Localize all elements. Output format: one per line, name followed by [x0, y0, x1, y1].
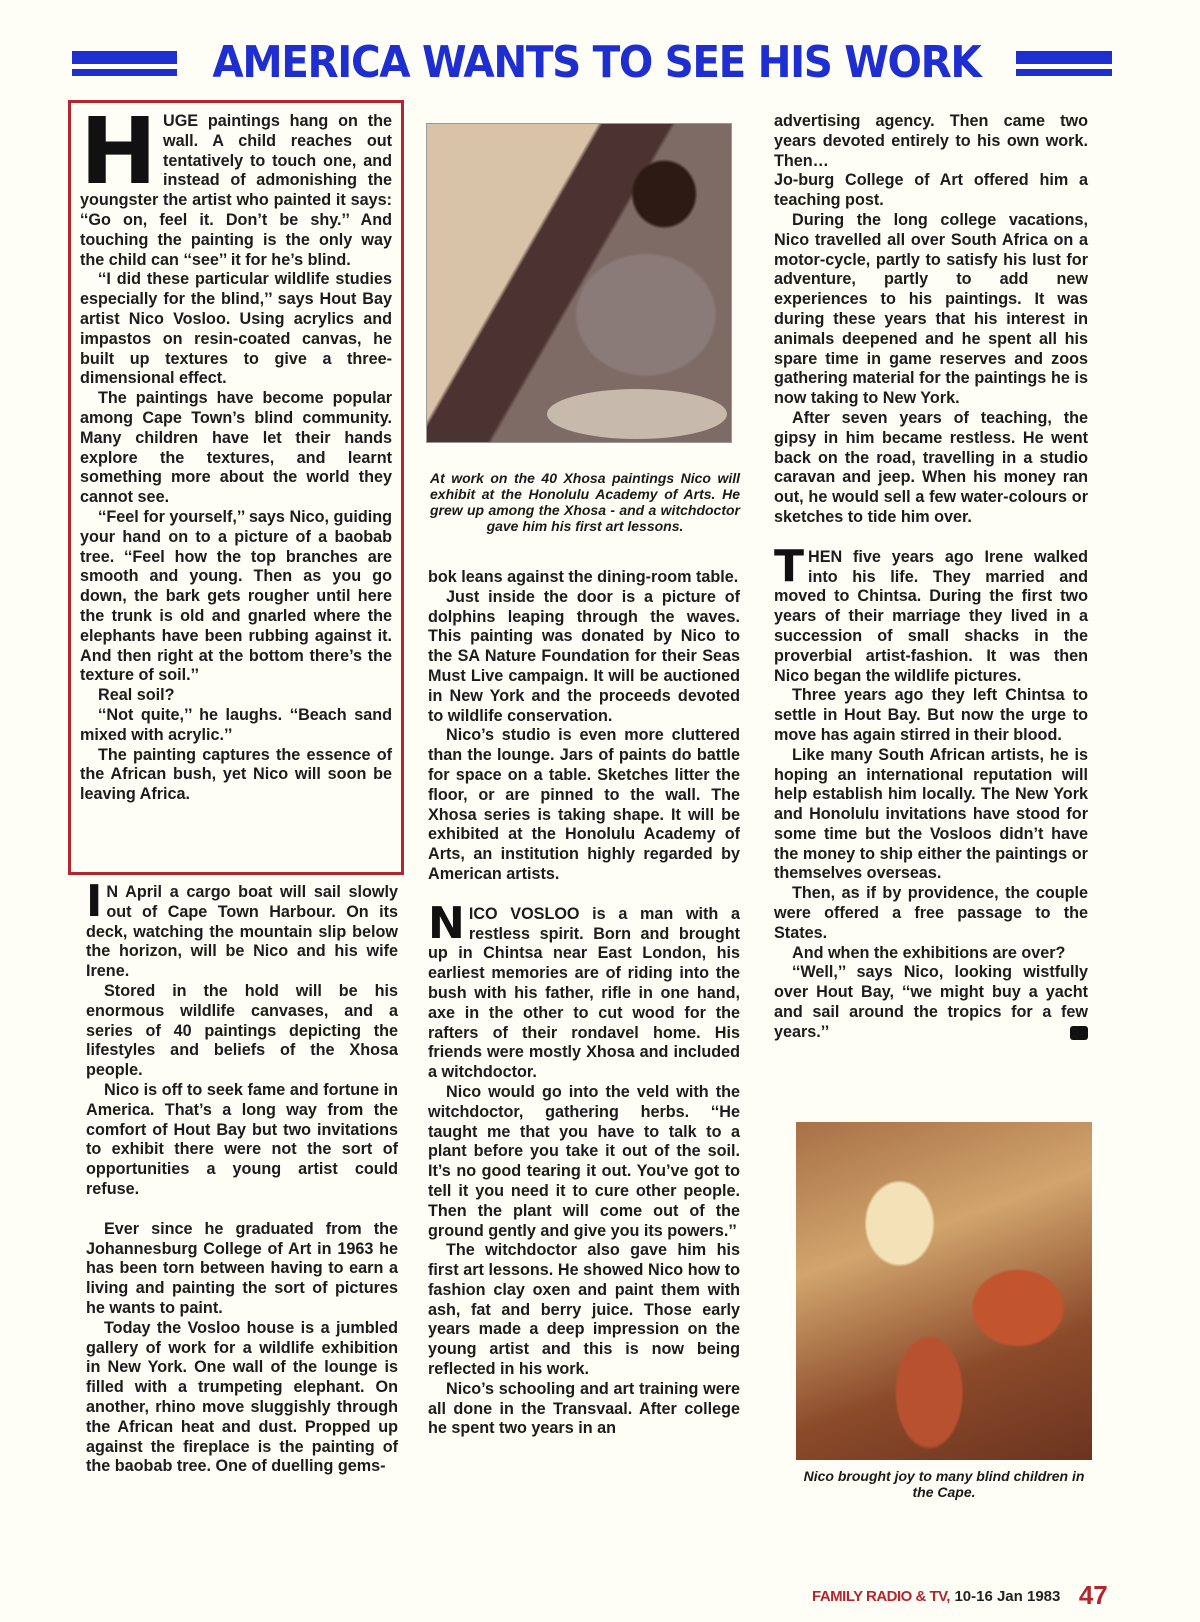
body-paragraph: And when the exhibitions are over? — [774, 944, 1088, 964]
body-paragraph: During the long college vacations, Nico … — [774, 211, 1088, 409]
body-paragraph: ‘‘Well,’’ says Nico, looking wistfully o… — [774, 963, 1088, 1042]
body-paragraph: Like many South African artists, he is h… — [774, 746, 1088, 885]
body-paragraph: Nico would go into the veld with the wit… — [428, 1083, 740, 1241]
headline-title: AMERICA WANTS TO SEE HIS WORK — [213, 40, 981, 86]
headline-rule-left — [72, 51, 177, 76]
intro-paragraph: ‘‘I did these particular wildlife studie… — [80, 270, 392, 389]
intro-paragraph: ‘‘Feel for yourself,’’ says Nico, guidin… — [80, 508, 392, 686]
body-paragraph: After seven years of teaching, the gipsy… — [774, 409, 1088, 528]
body-paragraph: Nico is off to seek fame and fortune in … — [86, 1081, 398, 1200]
body-paragraph: Jo-burg College of Art offered him a tea… — [774, 171, 1088, 211]
paint-palette — [547, 389, 727, 439]
page-number: 47 — [1079, 1580, 1108, 1610]
intro-paragraph: ‘‘Not quite,’’ he laughs. ‘‘Beach sand m… — [80, 706, 392, 746]
body-paragraph: Then, as if by providence, the couple we… — [774, 884, 1088, 943]
column-three-text: advertising agency. Then came two years … — [774, 112, 1088, 1043]
elephant-painting-photo — [796, 1122, 1092, 1460]
body-paragraph: advertising agency. Then came two years … — [774, 112, 1088, 171]
body-paragraph: Stored in the hold will be his enormous … — [86, 982, 398, 1081]
dropcap: H — [80, 116, 157, 188]
body-paragraph: Three years ago they left Chintsa to set… — [774, 686, 1088, 745]
dropcap: N — [428, 907, 465, 941]
dropcap: I — [86, 885, 102, 919]
headline-rule-right — [1016, 51, 1112, 76]
body-paragraph: THEN five years ago Irene walked into hi… — [774, 548, 1088, 687]
body-paragraph: The witchdoctor also gave him his first … — [428, 1241, 740, 1380]
publication-name: FAMILY RADIO & TV, — [812, 1588, 950, 1605]
body-paragraph: bok leans against the dining-room table. — [428, 568, 740, 588]
body-paragraph: Nico’s schooling and art training were a… — [428, 1380, 740, 1439]
april-section: IN April a cargo boat will sail slowly o… — [86, 883, 398, 1477]
dropcap: T — [774, 550, 804, 584]
intro-boxed-text: HUGE paintings hang on the wall. A child… — [80, 112, 392, 805]
intro-paragraph: Real soil? — [80, 686, 392, 706]
intro-paragraph: HUGE paintings hang on the wall. A child… — [80, 112, 392, 270]
photo-caption: Nico brought joy to many blind children … — [796, 1468, 1092, 1500]
headline: AMERICA WANTS TO SEE HIS WORK — [72, 40, 1112, 86]
photo-caption: At work on the 40 Xhosa paintings Nico w… — [430, 470, 740, 534]
body-paragraph: Nico’s studio is even more cluttered tha… — [428, 726, 740, 884]
body-paragraph: Today the Vosloo house is a jumbled gall… — [86, 1319, 398, 1477]
page-footer: FAMILY RADIO & TV, 10-16 Jan 1983 47 — [812, 1580, 1108, 1611]
intro-paragraph: The painting captures the essence of the… — [80, 746, 392, 805]
column-two-text: bok leans against the dining-room table.… — [428, 568, 740, 1439]
body-paragraph: Just inside the door is a picture of dol… — [428, 588, 740, 727]
issue-date: 10-16 Jan 1983 — [954, 1588, 1060, 1605]
body-paragraph: NICO VOSLOO is a man with a restless spi… — [428, 905, 740, 1083]
body-paragraph: IN April a cargo boat will sail slowly o… — [86, 883, 398, 982]
end-mark-icon — [1070, 1026, 1088, 1040]
body-paragraph: Ever since he graduated from the Johanne… — [86, 1220, 398, 1319]
artist-at-easel-photo — [426, 123, 732, 443]
intro-paragraph: The paintings have become popular among … — [80, 389, 392, 508]
